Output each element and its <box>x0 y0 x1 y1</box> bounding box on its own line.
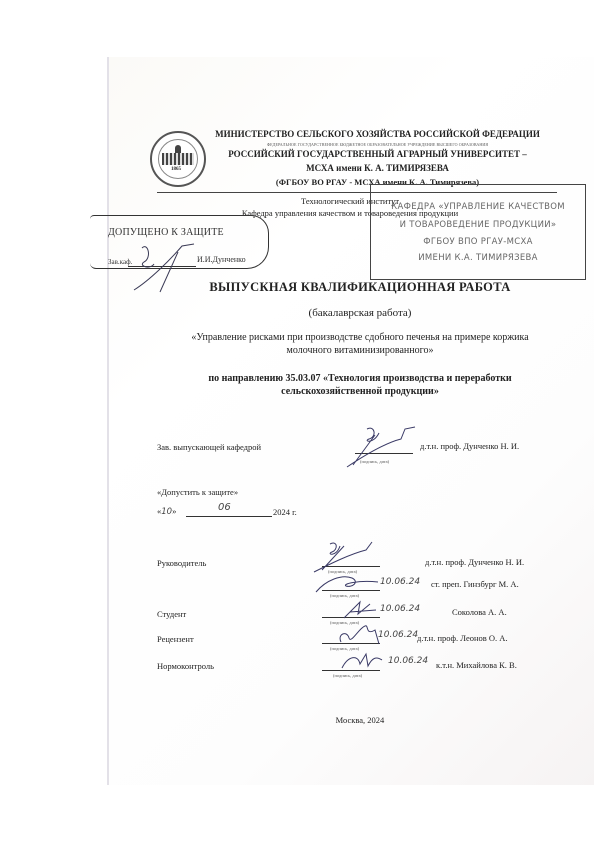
stamp-line: ИМЕНИ К.А. ТИМИРЯЗЕВА <box>370 253 586 263</box>
document-subtitle: (бакалаврская работа) <box>150 307 570 319</box>
norm-control-date: 10.06.24 <box>388 656 428 666</box>
signature-scribble <box>338 650 386 672</box>
date-line <box>186 516 272 517</box>
co-supervisor-name: ст. преп. Гинзбург М. А. <box>431 579 519 589</box>
student-name: Соколова А. А. <box>452 607 507 617</box>
institution-type: ФЕДЕРАЛЬНОЕ ГОСУДАРСТВЕННОЕ БЮДЖЕТНОЕ ОБ… <box>210 142 545 147</box>
admission-month: 06 <box>218 502 231 513</box>
reviewer-name: д.т.н. проф. Леонов О. А. <box>417 633 508 643</box>
admission-stamp-title: ДОПУЩЕНО К ЗАЩИТЕ <box>108 227 224 238</box>
norm-control-name: к.т.н. Михайлова К. В. <box>436 660 517 670</box>
university-name: РОССИЙСКИЙ ГОСУДАРСТВЕННЫЙ АГРАРНЫЙ УНИВ… <box>210 149 545 159</box>
document-title: ВЫПУСКНАЯ КВАЛИФИКАЦИОННАЯ РАБОТА <box>150 280 570 295</box>
admission-stamp-role: Зав.каф. <box>108 258 132 266</box>
logo-dome <box>175 145 181 153</box>
admission-date: «10» <box>157 506 176 517</box>
signature-caption: (подпись, дата) <box>333 673 362 678</box>
student-date: 10.06.24 <box>380 604 420 614</box>
stamp-line: И ТОВАРОВЕДЕНИЕ ПРОДУКЦИИ» <box>370 220 586 230</box>
signature-scribble <box>340 598 380 620</box>
co-supervisor-date: 10.06.24 <box>380 577 420 587</box>
head-of-department-name: д.т.н. проф. Дунченко Н. И. <box>420 441 519 451</box>
stamp-line: КАФЕДРА «УПРАВЛЕНИЕ КАЧЕСТВОМ <box>370 202 586 212</box>
norm-control-role: Нормоконтроль <box>157 661 214 671</box>
thesis-topic-line1: «Управление рисками при производстве сдо… <box>150 332 570 343</box>
logo-year: 1865 <box>171 167 181 172</box>
study-direction-line1: по направлению 35.03.07 «Технология прои… <box>150 373 570 384</box>
signature-scribble <box>345 425 420 470</box>
reviewer-role: Рецензент <box>157 634 194 644</box>
study-direction-line2: сельскохозяйственной продукции» <box>150 386 570 397</box>
signature-scribble <box>335 622 385 648</box>
stamp-line: ФГБОУ ВПО РГАУ-МСХА <box>370 237 586 247</box>
student-role: Студент <box>157 609 186 619</box>
supervisor-name: д.т.н. проф. Дунченко Н. И. <box>425 557 524 567</box>
supervisor-role: Руководитель <box>157 558 206 568</box>
logo-building <box>162 153 194 165</box>
ministry-name: МИНИСТЕРСТВО СЕЛЬСКОГО ХОЗЯЙСТВА РОССИЙС… <box>210 129 545 139</box>
city-year: Москва, 2024 <box>150 715 570 725</box>
admission-year: 2024 г. <box>273 507 297 517</box>
university-logo: 1865 <box>150 131 206 187</box>
thesis-topic-line2: молочного витаминизированного» <box>150 345 570 356</box>
admission-stamp-name: И.И.Дунченко <box>197 255 246 264</box>
admission-label: «Допустить к защите» <box>157 487 238 497</box>
university-subname: МСХА имени К. А. ТИМИРЯЗЕВА <box>210 163 545 173</box>
department-stamp <box>370 184 586 280</box>
head-of-department-label: Зав. выпускающей кафедрой <box>157 442 261 452</box>
signature-scribble <box>312 570 382 595</box>
close-quote: » <box>172 506 176 516</box>
admission-day: 10 <box>161 507 172 517</box>
